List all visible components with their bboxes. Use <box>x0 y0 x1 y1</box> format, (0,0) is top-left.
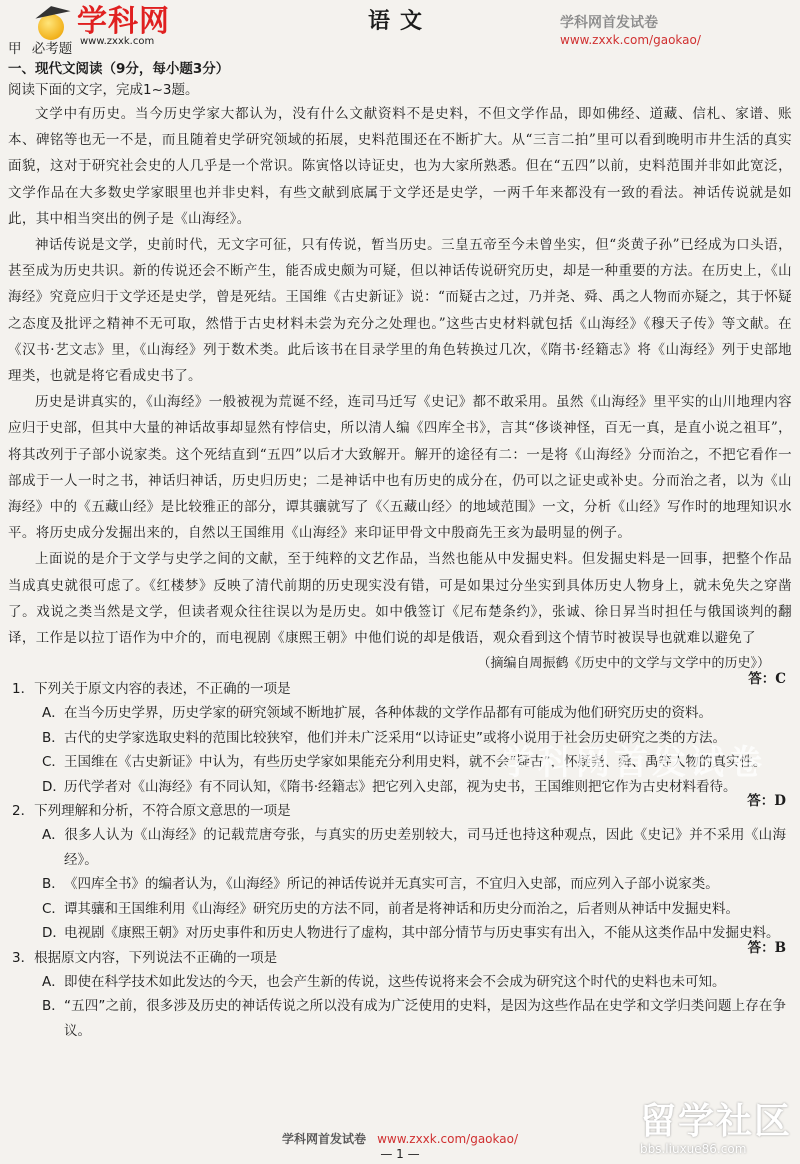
question-2: 2．下列理解和分析，不符合原文意思的一项是 答：D A．很多人认为《山海经》的记… <box>8 799 792 946</box>
option-c: C．谭其骧和王国维利用《山海经》研究历史的方法不同，前者是将神话和历史分而治之，… <box>8 897 792 922</box>
section-label: 甲 必考题 <box>8 40 792 59</box>
option-d: D．电视剧《康熙王朝》对历史事件和历史人物进行了虚构，其中部分情节与历史事实有出… <box>8 921 792 946</box>
passage-paragraph: 文学中有历史。当今历史学家大都认为，没有什么文献资料不是史料，不但文学作品，即如… <box>8 101 792 232</box>
option-text: “五四”之前，很多涉及历史的神话传说之所以没有成为广泛使用的史料，是因为这些作品… <box>64 998 786 1039</box>
option-label: C． <box>42 750 64 775</box>
option-c: C．王国维在《古史新证》中认为，有些历史学家如果能充分利用史料，就不会“疑古”，… <box>8 750 792 775</box>
answer-label: 答：C <box>748 667 786 691</box>
question-stem-text: 3．根据原文内容，下列说法不正确的一项是 <box>12 950 277 966</box>
section-heading: 一、现代文阅读（9分，每小题3分） <box>8 59 792 79</box>
brand-banner-title: 学科网首发试卷 <box>560 14 701 32</box>
option-text: 很多人认为《山海经》的记载荒唐夸张，与真实的历史差别较大，司马迁也持这种观点，因… <box>64 827 786 868</box>
question-3: 3．根据原文内容，下列说法不正确的一项是 答：B A．即使在科学技术如此发达的今… <box>8 946 792 1044</box>
page-footer: 学科网首发试卷 www.zxxk.com/gaokao/ — 1 — <box>0 1128 800 1161</box>
answer-label: 答：D <box>747 789 786 813</box>
section-instruction: 阅读下面的文字，完成1~3题。 <box>8 79 792 101</box>
section-label-text: 必考题 <box>32 41 73 57</box>
option-label: B． <box>42 872 64 897</box>
section-label-prefix: 甲 <box>8 41 22 57</box>
option-label: A． <box>42 823 64 848</box>
question-stem: 2．下列理解和分析，不符合原文意思的一项是 答：D <box>8 799 792 823</box>
option-text: 电视剧《康熙王朝》对历史事件和历史人物进行了虚构，其中部分情节与历史事实有出入，… <box>64 925 780 941</box>
passage-paragraph: 历史是讲真实的，《山海经》一般被视为荒诞不经，连司马迁写《史记》都不敢采用。虽然… <box>8 389 792 546</box>
reading-passage: 文学中有历史。当今历史学家大都认为，没有什么文献资料不是史料，不但文学作品，即如… <box>8 101 792 677</box>
logo-text: 学科网 <box>77 6 170 38</box>
option-text: 古代的史学家选取史料的范围比较狭窄，他们并未广泛采用“以诗证史”或将小说用于社会… <box>64 730 726 746</box>
passage-source: （摘编自周振鹤《历史中的文学与文学中的历史》） <box>8 651 792 677</box>
question-stem-text: 1．下列关于原文内容的表述，不正确的一项是 <box>12 681 291 697</box>
page-number: — 1 — <box>0 1147 800 1161</box>
option-label: A． <box>42 701 64 726</box>
question-stem: 3．根据原文内容，下列说法不正确的一项是 答：B <box>8 946 792 970</box>
option-b: B．“五四”之前，很多涉及历史的神话传说之所以没有成为广泛使用的史料，是因为这些… <box>8 994 792 1043</box>
option-text: 王国维在《古史新证》中认为，有些历史学家如果能充分利用史料，就不会“疑古”，怀疑… <box>64 754 767 770</box>
passage-paragraph: 上面说的是介于文学与史学之间的文献，至于纯粹的文艺作品，当然也能从中发掘史料。但… <box>8 546 792 651</box>
option-d: D．历代学者对《山海经》有不同认知，《隋书·经籍志》把它列入史部，视为史书，王国… <box>8 775 792 800</box>
zxxk-logo: 学科网 www.zxxk.com <box>32 4 192 44</box>
question-stem-text: 2．下列理解和分析，不符合原文意思的一项是 <box>12 803 291 819</box>
option-text: 《四库全书》的编者认为，《山海经》所记的神话传说并无真实可言，不宜归入史部，而应… <box>64 876 719 892</box>
option-text: 在当今历史学界，历史学家的研究领域不断地扩展，各种体裁的文学作品都有可能成为他们… <box>64 705 712 721</box>
answer-label: 答：B <box>748 936 786 960</box>
question-stem: 1．下列关于原文内容的表述，不正确的一项是 答：C <box>8 677 792 701</box>
question-1: 1．下列关于原文内容的表述，不正确的一项是 答：C A．在当今历史学界，历史学家… <box>8 677 792 799</box>
option-label: C． <box>42 897 64 922</box>
option-text: 历代学者对《山海经》有不同认知，《隋书·经籍志》把它列入史部，视为史书，王国维则… <box>64 779 737 795</box>
option-a: A．在当今历史学界，历史学家的研究领域不断地扩展，各种体裁的文学作品都有可能成为… <box>8 701 792 726</box>
page-header: 学科网 www.zxxk.com 语文 学科网首发试卷 www.zxxk.com… <box>0 0 800 44</box>
exam-content: 甲 必考题 一、现代文阅读（9分，每小题3分） 阅读下面的文字，完成1~3题。 … <box>8 40 792 1043</box>
mascot-face-icon <box>38 14 64 40</box>
option-label: A． <box>42 970 64 995</box>
passage-paragraph: 神话传说是文学，史前时代，无文字可征，只有传说，暂当历史。三皇五帝至今未曾坐实，… <box>8 232 792 389</box>
option-label: D． <box>42 921 64 946</box>
option-a: A．很多人认为《山海经》的记载荒唐夸张，与真实的历史差别较大，司马迁也持这种观点… <box>8 823 792 872</box>
option-label: B． <box>42 994 64 1019</box>
option-b: B．《四库全书》的编者认为，《山海经》所记的神话传说并无真实可言，不宜归入史部，… <box>8 872 792 897</box>
option-label: B． <box>42 726 64 751</box>
option-text: 即使在科学技术如此发达的今天，也会产生新的传说，这些传说将来会不会成为研究这个时… <box>64 974 726 990</box>
footer-url[interactable]: www.zxxk.com/gaokao/ <box>377 1132 518 1146</box>
option-label: D． <box>42 775 64 800</box>
option-b: B．古代的史学家选取史料的范围比较狭窄，他们并未广泛采用“以诗证史”或将小说用于… <box>8 726 792 751</box>
exam-page: 学科网 www.zxxk.com 语文 学科网首发试卷 www.zxxk.com… <box>0 0 800 1164</box>
option-a: A．即使在科学技术如此发达的今天，也会产生新的传说，这些传说将来会不会成为研究这… <box>8 970 792 995</box>
option-text: 谭其骧和王国维利用《山海经》研究历史的方法不同，前者是将神话和历史分而治之，后者… <box>64 901 739 917</box>
footer-brand: 学科网首发试卷 <box>282 1132 366 1146</box>
page-title: 语文 <box>360 4 440 35</box>
